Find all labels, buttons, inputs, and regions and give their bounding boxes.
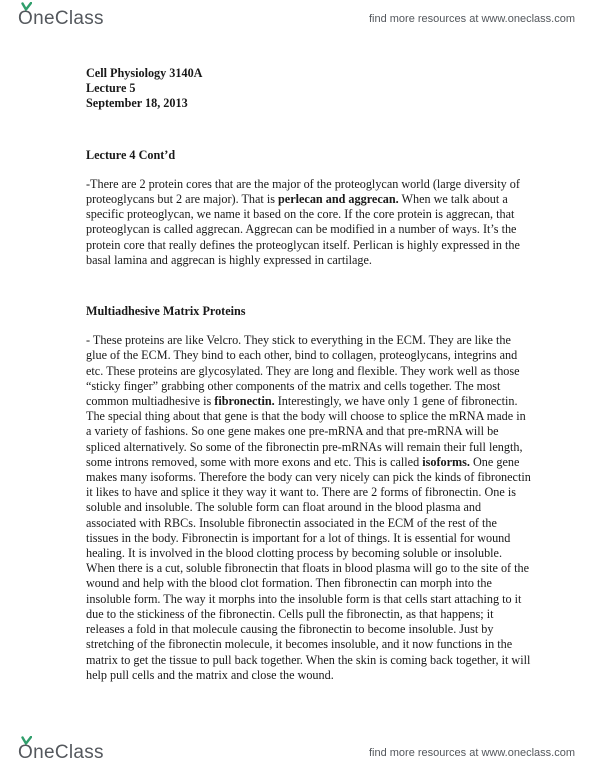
leaf-icon bbox=[21, 2, 32, 11]
oneclass-logo-text: OneClass bbox=[18, 8, 104, 30]
section-heading-multiadhesive: Multiadhesive Matrix Proteins bbox=[86, 304, 532, 319]
page-footer: OneClass find more resources at www.onec… bbox=[18, 740, 575, 766]
oneclass-logo-text: OneClass bbox=[18, 742, 104, 764]
text-segment-bold: fibronectin. bbox=[214, 394, 274, 408]
text-segment-bold: isoforms. bbox=[422, 455, 470, 469]
title-block: Cell Physiology 3140A Lecture 5 Septembe… bbox=[86, 66, 532, 112]
lecture-date: September 18, 2013 bbox=[86, 96, 532, 111]
text-segment-bold: perlecan and aggrecan. bbox=[278, 192, 399, 206]
text-segment: One gene makes many isoforms. Therefore … bbox=[86, 455, 531, 682]
oneclass-logo: OneClass bbox=[18, 742, 104, 764]
leaf-icon bbox=[21, 736, 32, 745]
course-title: Cell Physiology 3140A bbox=[86, 66, 532, 81]
paragraph-proteoglycan-cores: -There are 2 protein cores that are the … bbox=[86, 177, 532, 268]
oneclass-logo: OneClass bbox=[18, 8, 104, 30]
page-header: OneClass find more resources at www.onec… bbox=[18, 6, 575, 32]
header-tagline: find more resources at www.oneclass.com bbox=[369, 13, 575, 25]
lecture-number: Lecture 5 bbox=[86, 81, 532, 96]
notes-content: Cell Physiology 3140A Lecture 5 Septembe… bbox=[86, 66, 532, 683]
paragraph-multiadhesive-proteins: - These proteins are like Velcro. They s… bbox=[86, 333, 532, 683]
footer-tagline: find more resources at www.oneclass.com bbox=[369, 747, 575, 759]
document-page: OneClass find more resources at www.onec… bbox=[0, 0, 595, 770]
section-heading-lecture4-contd: Lecture 4 Cont’d bbox=[86, 148, 532, 163]
